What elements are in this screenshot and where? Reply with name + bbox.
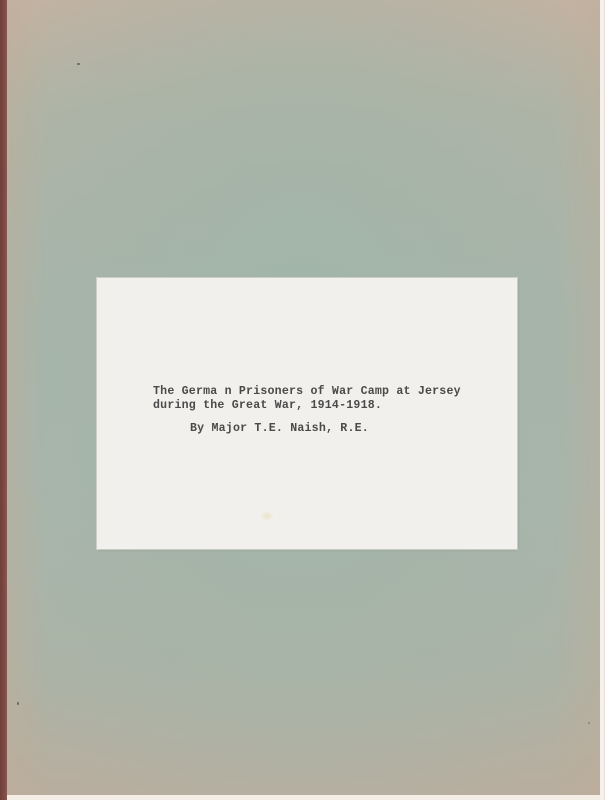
binding-spine-strip: [0, 0, 7, 800]
dust-speck: [17, 702, 19, 705]
page-bottom-edge: [0, 795, 605, 800]
scanned-cover-page: The Germa n Prisoners of War Camp at Jer…: [0, 0, 605, 800]
title-line-2: during the Great War, 1914-1918.: [153, 399, 382, 413]
title-line-1: The Germa n Prisoners of War Camp at Jer…: [153, 385, 461, 399]
dust-speck: [588, 722, 590, 724]
dust-speck: [77, 63, 80, 65]
paper-stain: [260, 511, 274, 521]
page-right-edge: [600, 0, 605, 800]
title-label: The Germa n Prisoners of War Camp at Jer…: [97, 278, 517, 549]
author-byline: By Major T.E. Naish, R.E.: [190, 422, 369, 436]
